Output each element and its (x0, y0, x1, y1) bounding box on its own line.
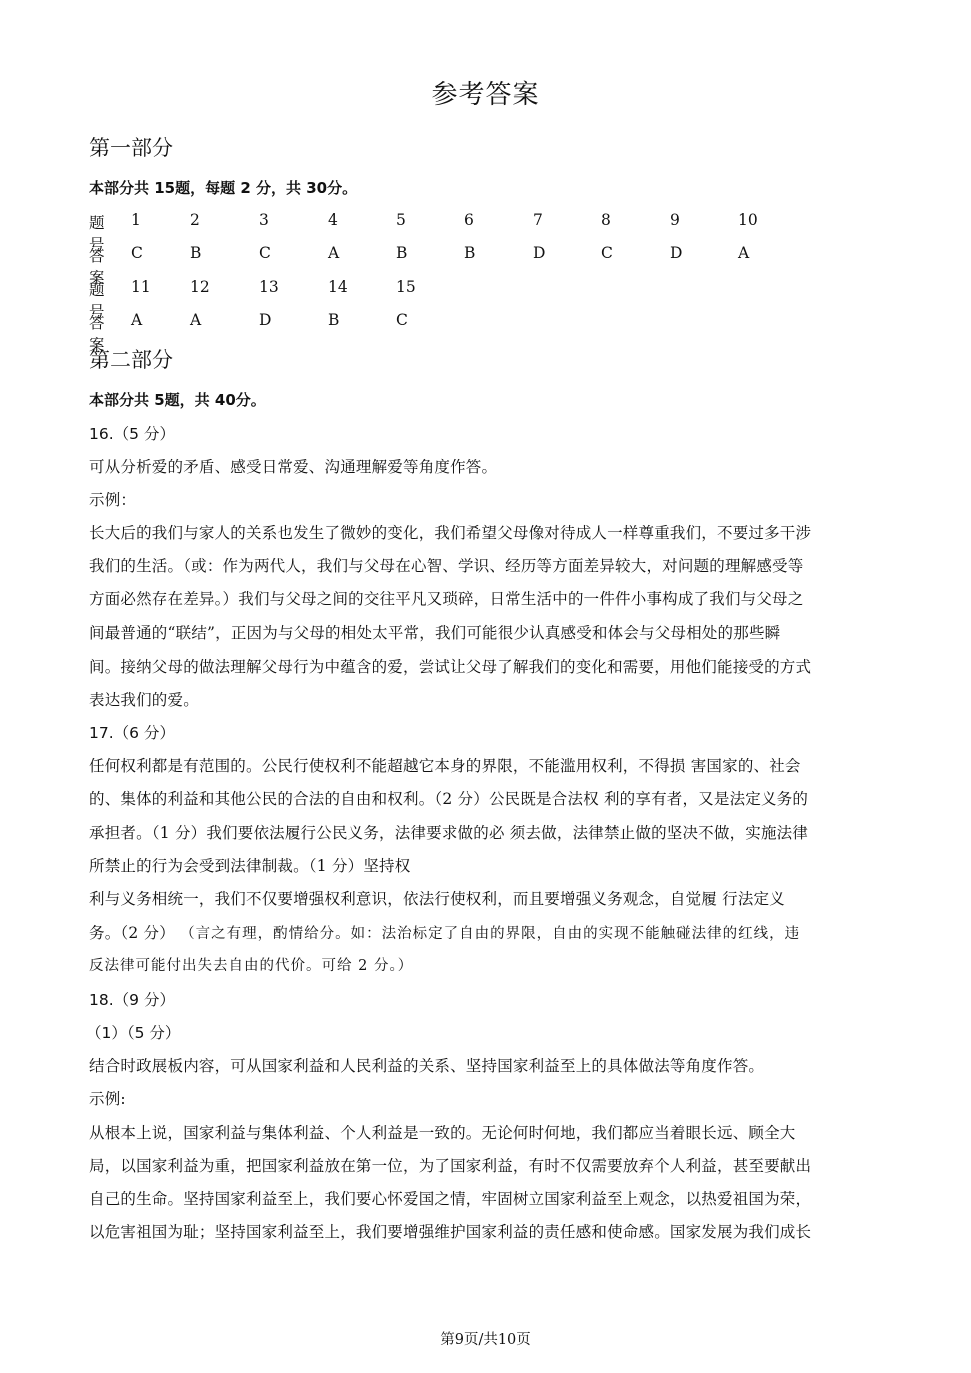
part1-heading: 第一部分 (89, 132, 173, 162)
answer-value: B (396, 244, 407, 262)
question-number: 4 (328, 211, 338, 229)
answer-value: B (464, 244, 475, 262)
answer-value: C (131, 244, 143, 262)
q18-text-line: 局，以国家利益为重，把国家利益放在第一位，为了国家利益，有时不仅需要放弃个人利益… (89, 1154, 811, 1176)
answer-value: C (601, 244, 613, 262)
q17-grading-note-cont: 反法律可能付出失去自由的代价。可给 2 分。） (89, 954, 413, 975)
q16-text-line: 我们的生活。（或：作为两代人，我们与父母在心智、学识、经历等方面差异较大，对问题… (89, 554, 803, 576)
question-18-label: 18.（9 分） (89, 988, 175, 1010)
q17-text-line: 务。（2 分） （言之有理，酌情给分。如：法治标定了自由的界限，自由的实现不能触… (89, 921, 800, 943)
q17-score-text: 务。（2 分） (89, 924, 175, 942)
question-17-label: 17.（6 分） (89, 721, 175, 743)
question-number: 6 (464, 211, 474, 229)
q18-text-line: 自己的生命。坚持国家利益至上，我们要心怀爱国之情，牢固树立国家利益至上观念，以热… (89, 1187, 811, 1209)
q17-text-line: 所禁止的行为会受到法律制裁。（1 分）坚持权 (89, 854, 410, 876)
question-number: 9 (670, 211, 680, 229)
answer-value: D (670, 244, 682, 262)
answer-value: A (328, 244, 339, 262)
answer-value: A (190, 311, 201, 329)
answer-value: A (738, 244, 749, 262)
answer-value: C (396, 311, 408, 329)
question-number: 1 (131, 211, 141, 229)
part2-summary: 本部分共 5题，共 40分。 (89, 389, 266, 410)
q16-text-line: 长大后的我们与家人的关系也发生了微妙的变化，我们希望父母像对待成人一样尊重我们，… (89, 521, 811, 543)
q16-text-line: 示例： (89, 488, 136, 510)
q18-text-line: 从根本上说，国家利益与集体利益、个人利益是一致的。无论何时何地，我们都应当着眼长… (89, 1121, 796, 1143)
answer-value: D (259, 311, 271, 329)
question-number: 11 (131, 278, 151, 296)
q17-text-line: 的、集体的利益和其他公民的合法的自由和权利。（2 分）公民既是合法权 利的享有者… (89, 787, 808, 809)
q18-sub1-label: （1）（5 分） (86, 1021, 180, 1043)
answer-value: D (533, 244, 545, 262)
question-number: 10 (738, 211, 758, 229)
question-number: 12 (190, 278, 210, 296)
q17-text-line: 利与义务相统一，我们不仅要增强权利意识，依法行使权利，而且要增强义务观念，自觉履… (89, 887, 785, 909)
q16-text-line: 表达我们的爱。 (89, 688, 199, 710)
page-number-footer: 第9页/共10页 (0, 1328, 971, 1349)
question-16-label: 16.（5 分） (89, 422, 175, 444)
question-number: 15 (396, 278, 416, 296)
question-number: 3 (259, 211, 269, 229)
q16-text-line: 间最普通的“联结”，正因为与父母的相处太平常，我们可能很少认真感受和体会与父母相… (89, 621, 780, 643)
answer-value: A (131, 311, 142, 329)
q18-text-line: 示例: (89, 1087, 126, 1109)
question-number: 5 (396, 211, 406, 229)
question-number: 7 (533, 211, 543, 229)
page-title: 参考答案 (0, 74, 971, 111)
document-page: 参考答案 第一部分 本部分共 15题，每题 2 分，共 30分。 题号 1 2 … (0, 0, 971, 1373)
q17-text-line: 任何权利都是有范围的。公民行使权利不能超越它本身的界限，不能滥用权利，不得损 害… (89, 754, 801, 776)
q17-text-line: 承担者。（1 分）我们要依法履行公民义务，法律要求做的必 须去做，法律禁止做的坚… (89, 821, 808, 843)
question-number: 13 (259, 278, 279, 296)
q18-text-line: 结合时政展板内容，可从国家利益和人民利益的关系、坚持国家利益至上的具体做法等角度… (89, 1054, 764, 1076)
answer-value: B (328, 311, 339, 329)
q17-grading-note: （言之有理，酌情给分。如：法治标定了自由的界限，自由的实现不能触碰法律的红线，违 (180, 926, 800, 942)
part1-summary: 本部分共 15题，每题 2 分，共 30分。 (89, 177, 357, 198)
question-number: 2 (190, 211, 200, 229)
q16-text-line: 方面必然存在差异。）我们与父母之间的交往平凡又琐碎，日常生活中的一件件小事构成了… (89, 587, 803, 609)
question-number: 14 (328, 278, 348, 296)
q18-text-line: 以危害祖国为耻；坚持国家利益至上，我们要增强维护国家利益的责任感和使命感。国家发… (89, 1220, 811, 1242)
part2-heading: 第二部分 (89, 344, 173, 374)
q16-text-line: 间。接纳父母的做法理解父母行为中蕴含的爱，尝试让父母了解我们的变化和需要，用他们… (89, 655, 811, 677)
question-number: 8 (601, 211, 611, 229)
answer-value: B (190, 244, 201, 262)
answer-value: C (259, 244, 271, 262)
q16-text-line: 可从分析爱的矛盾、感受日常爱、沟通理解爱等角度作答。 (89, 455, 497, 477)
